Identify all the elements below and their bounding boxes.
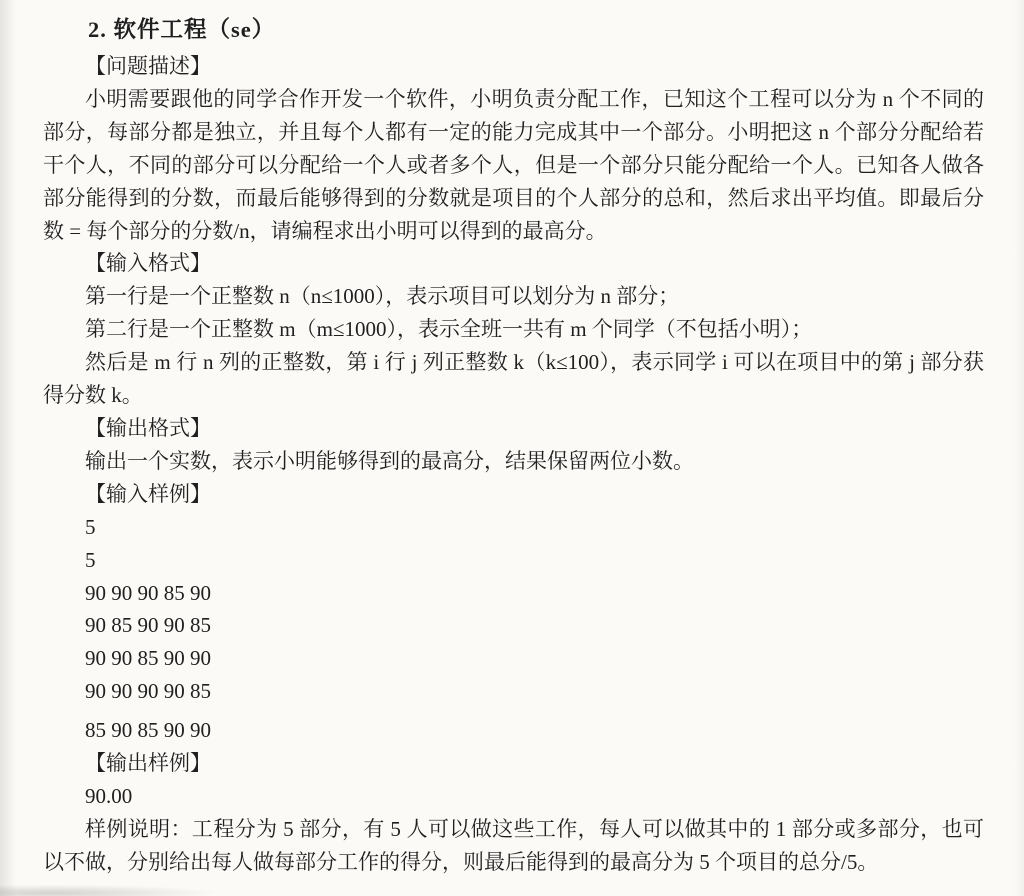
input-format-header: 【输入格式】: [43, 247, 984, 280]
section-sample-input: 【输入样例】 5 5 90 90 90 85 90 90 85 90 90 85…: [43, 478, 984, 747]
section-output-format: 【输出格式】 输出一个实数，表示小明能够得到的最高分，结果保留两位小数。: [43, 412, 984, 478]
sample-input-line: 5: [43, 544, 984, 577]
section-problem-description: 【问题描述】 小明需要跟他的同学合作开发一个软件，小明负责分配工作，已知这个工程…: [43, 50, 984, 247]
input-format-line-1: 第一行是一个正整数 n（n≤1000），表示项目可以划分为 n 部分；: [43, 280, 984, 313]
sample-input-line: 90 90 90 85 90: [43, 577, 984, 610]
problem-description-paragraph: 小明需要跟他的同学合作开发一个软件，小明负责分配工作，已知这个工程可以分为 n …: [43, 83, 984, 248]
problem-title: 2. 软件工程（se）: [43, 10, 984, 50]
sample-input-header: 【输入样例】: [43, 478, 984, 511]
problem-description-header: 【问题描述】: [43, 50, 984, 83]
sample-input-line: 90 90 90 90 85: [43, 675, 984, 708]
sample-explanation: 样例说明：工程分为 5 部分，有 5 人可以做这些工作，每人可以做其中的 1 部…: [43, 813, 984, 879]
input-format-line-3: 然后是 m 行 n 列的正整数，第 i 行 j 列正整数 k（k≤100），表示…: [43, 346, 984, 412]
sample-output-header: 【输出样例】: [43, 747, 984, 780]
sample-input-line: 5: [43, 511, 984, 544]
output-format-header: 【输出格式】: [43, 412, 984, 445]
sample-input-line: 85 90 85 90 90: [43, 714, 984, 747]
input-format-line-2: 第二行是一个正整数 m（m≤1000），表示全班一共有 m 个同学（不包括小明）…: [43, 313, 984, 346]
output-format-line: 输出一个实数，表示小明能够得到的最高分，结果保留两位小数。: [43, 445, 984, 478]
document-page: 2. 软件工程（se） 【问题描述】 小明需要跟他的同学合作开发一个软件，小明负…: [0, 0, 1024, 896]
sample-output-value: 90.00: [43, 780, 984, 813]
section-input-format: 【输入格式】 第一行是一个正整数 n（n≤1000），表示项目可以划分为 n 部…: [43, 247, 984, 412]
sample-input-line: 90 85 90 90 85: [43, 609, 984, 642]
section-sample-output: 【输出样例】 90.00: [43, 747, 984, 813]
sample-input-line: 90 90 85 90 90: [43, 642, 984, 675]
